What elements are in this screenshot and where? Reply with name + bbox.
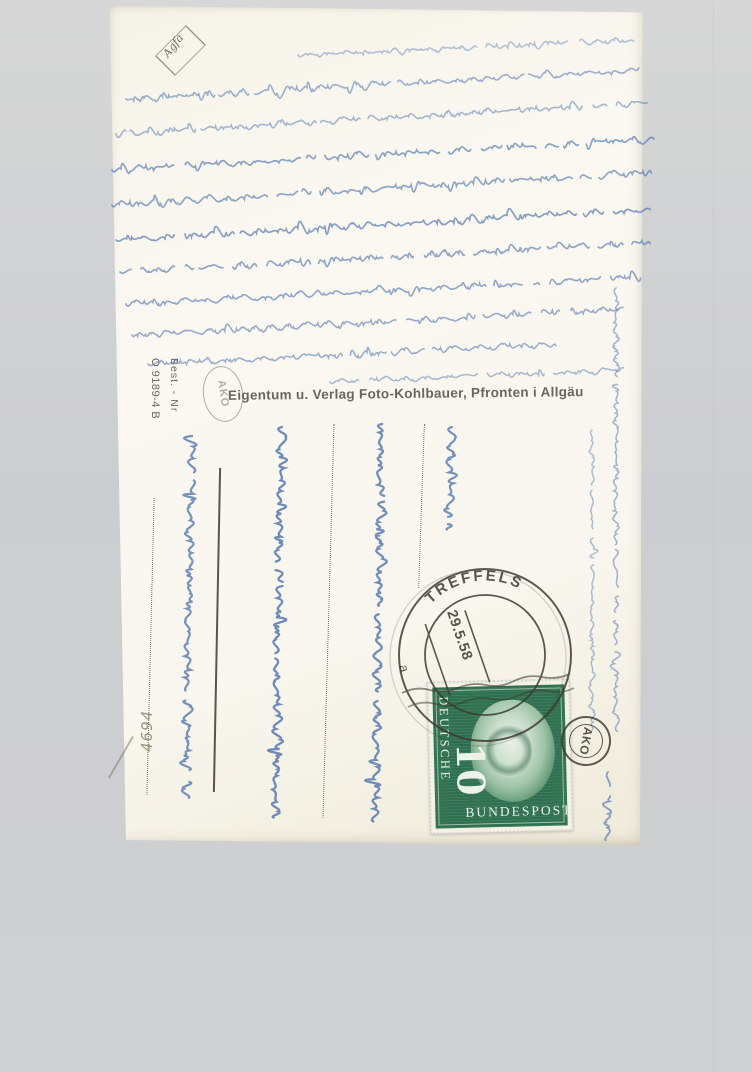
ako-oval-logo-text: AKO <box>215 380 231 409</box>
stamp-face: DEUTSCHE 10 BUNDESPOST <box>432 684 567 828</box>
postage-stamp: DEUTSCHE 10 BUNDESPOST <box>427 679 573 833</box>
stamp-value-text: 10 <box>451 742 490 796</box>
stamp-service-text: BUNDESPOST <box>465 802 563 820</box>
order-number-label: Best. - Nr <box>168 358 180 422</box>
scanner-streak-artifact <box>713 0 714 1072</box>
scan-background: Agfa Eigentum u. Verlag Foto-Kohlbauer, … <box>0 0 752 1072</box>
ako-circle-text: AKO <box>577 726 596 756</box>
ako-circle-inner-ring: AKO <box>566 721 605 760</box>
order-number-value: O 9189-4 B <box>149 358 161 448</box>
pencil-note: 4694 <box>138 710 156 752</box>
